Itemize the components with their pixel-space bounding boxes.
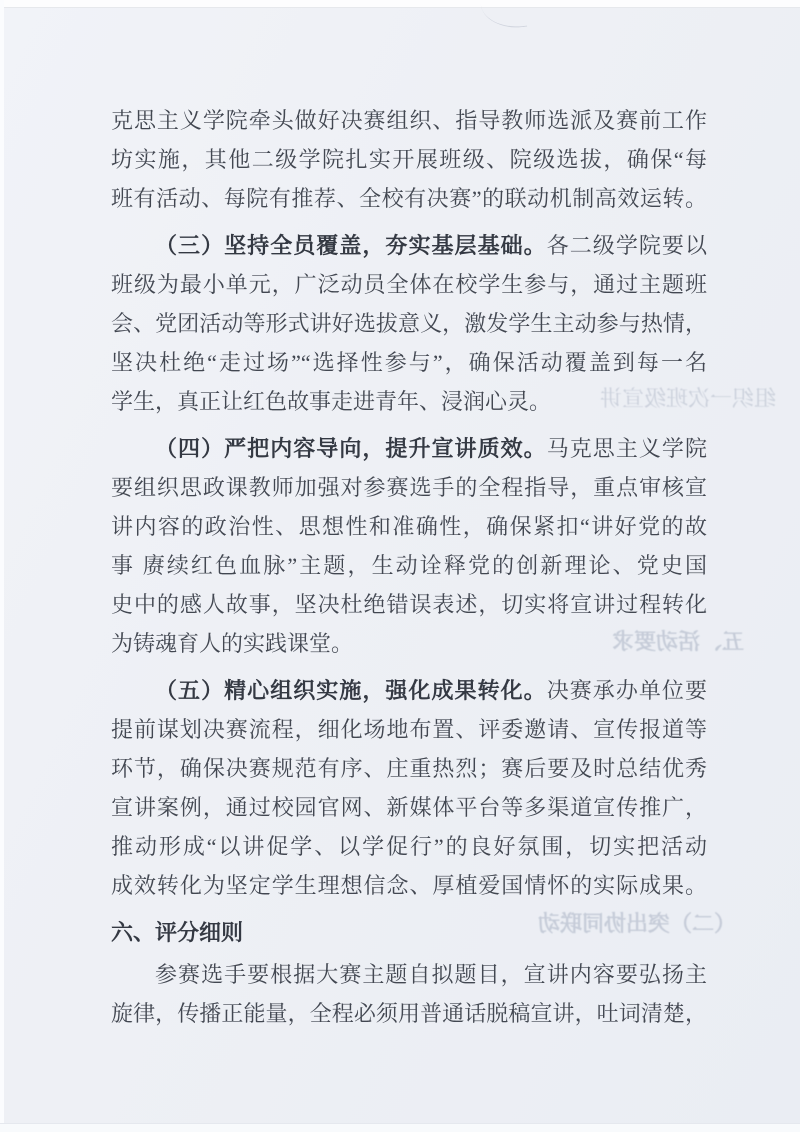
text-line: 参赛选手要根据大赛主题自拟题目，宣讲内容要弘扬主 [111, 955, 707, 994]
text-segment: 为铸魂育人的实践课堂。 [111, 631, 353, 656]
text-line: 要组织思政课教师加强对参赛选手的全程指导，重点审核宣 [111, 468, 707, 507]
bold-text-segment: （三）坚持全员覆盖，夯实基层基础。 [155, 233, 547, 258]
paragraph: 克思主义学院牵头做好决赛组织、指导教师选派及赛前工作坊实施，其他二级学院扎实开展… [111, 101, 707, 218]
text-segment: 会、党团活动等形式讲好选拔意义，激发学生主动参与热情， [111, 311, 707, 336]
text-segment: 学生，真正让红色故事走进青年、浸润心灵。 [111, 389, 551, 414]
text-segment: 要组织思政课教师加强对参赛选手的全程指导，重点审核宣 [111, 475, 707, 500]
document-body: 克思主义学院牵头做好决赛组织、指导教师选派及赛前工作坊实施，其他二级学院扎实开展… [111, 101, 707, 1033]
page-edge-left [0, 0, 4, 1132]
paper-crease [481, 0, 528, 31]
text-line: （四）严把内容导向，提升宣讲质效。马克思主义学院 [111, 429, 707, 468]
text-line: 推动形成“以讲促学、以学促行”的良好氛围，切实把活动 [111, 827, 707, 866]
text-segment: 史中的感人故事，坚决杜绝错误表述，切实将宣讲过程转化 [111, 592, 707, 617]
text-segment: 宣讲案例，通过校园官网、新媒体平台等多渠道宣传推广， [111, 795, 707, 820]
text-line: 讲内容的政治性、思想性和准确性，确保紧扣“讲好党的故 [111, 507, 707, 546]
text-segment: 克思主义学院牵头做好决赛组织、指导教师选派及赛前工作 [111, 108, 707, 133]
text-line: 坊实施，其他二级学院扎实开展班级、院级选拔，确保“每 [111, 140, 707, 179]
text-segment: 坚决杜绝“走过场”“选择性参与”，确保活动覆盖到每一名 [111, 350, 707, 375]
text-line: 提前谋划决赛流程，细化场地布置、评委邀请、宣传报道等 [111, 710, 707, 749]
paragraph: （三）坚持全员覆盖，夯实基层基础。各二级学院要以班级为最小单元，广泛动员全体在校… [111, 226, 707, 421]
bold-text-segment: （五）精心组织实施，强化成果转化。 [155, 678, 547, 703]
text-line: 环节，确保决赛规范有序、庄重热烈；赛后要及时总结优秀 [111, 749, 707, 788]
text-line: 事 赓续红色血脉”主题，生动诠释党的创新理论、党史国 [111, 546, 707, 585]
bold-text-segment: 六、评分细则 [111, 920, 243, 945]
text-segment: 讲内容的政治性、思想性和准确性，确保紧扣“讲好党的故 [111, 514, 707, 539]
text-segment: 环节，确保决赛规范有序、庄重热烈；赛后要及时总结优秀 [111, 756, 707, 781]
text-segment: 参赛选手要根据大赛主题自拟题目，宣讲内容要弘扬主 [155, 962, 707, 987]
text-line: 旋律，传播正能量，全程必须用普通话脱稿宣讲，吐词清楚， [111, 994, 707, 1033]
paragraph: （五）精心组织实施，强化成果转化。决赛承办单位要提前谋划决赛流程，细化场地布置、… [111, 671, 707, 905]
text-line: （三）坚持全员覆盖，夯实基层基础。各二级学院要以 [111, 226, 707, 265]
text-segment: 班级为最小单元，广泛动员全体在校学生参与，通过主题班 [111, 272, 707, 297]
text-segment: 马克思主义学院 [547, 436, 707, 461]
text-segment: 提前谋划决赛流程，细化场地布置、评委邀请、宣传报道等 [111, 717, 707, 742]
paragraph: （四）严把内容导向，提升宣讲质效。马克思主义学院要组织思政课教师加强对参赛选手的… [111, 429, 707, 663]
text-segment: 旋律，传播正能量，全程必须用普通话脱稿宣讲，吐词清楚， [111, 1001, 707, 1026]
bold-text-segment: （四）严把内容导向，提升宣讲质效。 [155, 436, 547, 461]
text-segment: 成效转化为坚定学生理想信念、厚植爱国情怀的实际成果。 [111, 873, 707, 898]
scanned-page: 组织一次班级宣讲五、活动要求（二）突出协同联动 克思主义学院牵头做好决赛组织、指… [0, 0, 800, 1132]
text-segment: 坊实施，其他二级学院扎实开展班级、院级选拔，确保“每 [111, 147, 707, 172]
page-edge-top [0, 0, 800, 8]
text-line: 学生，真正让红色故事走进青年、浸润心灵。 [111, 382, 707, 421]
text-line: 为铸魂育人的实践课堂。 [111, 624, 707, 663]
text-line: 六、评分细则 [111, 913, 707, 952]
section-heading: 六、评分细则 [111, 913, 707, 952]
text-line: 班级为最小单元，广泛动员全体在校学生参与，通过主题班 [111, 265, 707, 304]
text-line: 班有活动、每院有推荐、全校有决赛”的联动机制高效运转。 [111, 179, 707, 218]
text-line: （五）精心组织实施，强化成果转化。决赛承办单位要 [111, 671, 707, 710]
text-line: 克思主义学院牵头做好决赛组织、指导教师选派及赛前工作 [111, 101, 707, 140]
page-edge-bottom [0, 1123, 800, 1132]
text-segment: 决赛承办单位要 [547, 678, 707, 703]
text-segment: 各二级学院要以 [547, 233, 707, 258]
text-line: 成效转化为坚定学生理想信念、厚植爱国情怀的实际成果。 [111, 866, 707, 905]
text-line: 坚决杜绝“走过场”“选择性参与”，确保活动覆盖到每一名 [111, 343, 707, 382]
text-segment: 班有活动、每院有推荐、全校有决赛”的联动机制高效运转。 [111, 186, 707, 211]
paragraph: 参赛选手要根据大赛主题自拟题目，宣讲内容要弘扬主旋律，传播正能量，全程必须用普通… [111, 955, 707, 1033]
text-line: 会、党团活动等形式讲好选拔意义，激发学生主动参与热情， [111, 304, 707, 343]
text-line: 史中的感人故事，坚决杜绝错误表述，切实将宣讲过程转化 [111, 585, 707, 624]
text-segment: 推动形成“以讲促学、以学促行”的良好氛围，切实把活动 [111, 834, 707, 859]
text-segment: 事 赓续红色血脉”主题，生动诠释党的创新理论、党史国 [111, 553, 707, 578]
text-line: 宣讲案例，通过校园官网、新媒体平台等多渠道宣传推广， [111, 788, 707, 827]
